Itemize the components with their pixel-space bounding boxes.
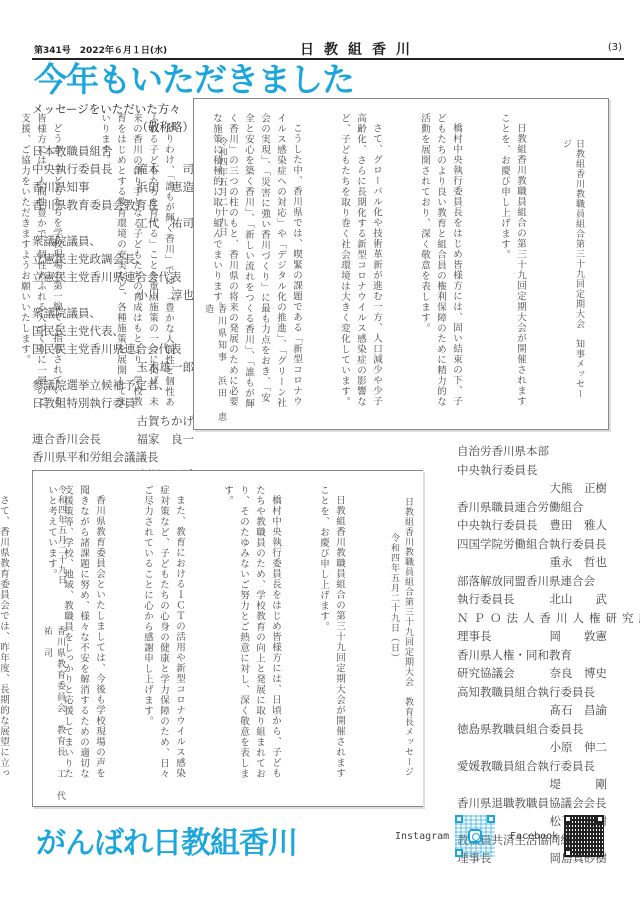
instagram-logo-icon xyxy=(468,829,482,843)
governor-signature: 香川県知事 浜田 恵造 xyxy=(202,304,228,429)
footer-slogan: がんばれ日教組香川 xyxy=(36,818,297,862)
sender-role: 執行委員長 xyxy=(457,590,515,609)
sender-org: 香川県人権・同和教育 xyxy=(457,646,607,665)
governor-message-box: 日教組香川教職員組合第三十九回定期大会 知事メッセージ 日教組香川教職員組合の第… xyxy=(193,98,609,430)
education-message-box: 日教組香川教職員組合第三十九回定期大会 教育長メッセージ 令和四年五月二十九日（… xyxy=(32,470,423,807)
sender-name: 岡 敦憲 xyxy=(550,627,608,646)
sender-name: 奈良 博史 xyxy=(550,664,608,683)
paragraph: 橋村中央執行委員長をはじめ皆様方には、日頃から、子どもたちや教職員のため、学校教… xyxy=(219,485,283,785)
facebook-label: Facebook xyxy=(510,831,558,842)
sender-org: 自治労香川県本部 xyxy=(457,442,607,461)
sender-role: 連合香川会長 xyxy=(32,430,101,448)
paragraph: どうか、子どもたちを学校現場の第一線でご指導されている皆様方には、人間性豊かで、… xyxy=(16,113,64,413)
sender-name: 豊田 雅人 xyxy=(550,516,608,535)
page-header: 第341号 2022年６月１日(水) 日教組香川 (3) xyxy=(32,38,624,60)
sender-role: 研究協議会 xyxy=(457,664,515,683)
paragraph: さて、香川県教育委員会では、昨年度、長期的な展望に立った本県教育の進むべき方向と… xyxy=(0,485,11,785)
education-signature: 香川県教育委員会 教育長 工 代 祐 司 xyxy=(41,626,67,806)
page-number: (3) xyxy=(608,42,622,53)
sender-org: 香川県退職教職員協議会会長 xyxy=(457,794,607,813)
education-message-body: 日教組香川教職員組合の第三十九回定期大会が開催されますことを、お慶び申し上げます… xyxy=(79,485,379,785)
paragraph: さて、グローバル化や技術革新が進む一方、人口減少や少子高齢化、さらに長期化する新… xyxy=(336,113,384,413)
sender-row: 執行委員長北山 武 xyxy=(457,590,607,609)
paragraph: 日教組香川教職員組合の第三十九回定期大会が開催されますことを、お慶び申し上げます… xyxy=(496,113,528,413)
governor-message-title: 日教組香川教職員組合第三十九回定期大会 知事メッセージ xyxy=(560,139,586,399)
sender-role: 理事長 xyxy=(457,627,492,646)
sender-name: 堤 剛 xyxy=(457,775,607,794)
senders-list-right: 自治労香川県本部 中央執行委員長 大熊 正樹 香川県職員連合労働組合 中央執行委… xyxy=(457,442,607,868)
sender-name: 古賀ちかげ xyxy=(32,412,194,430)
sender-name: 重永 哲也 xyxy=(457,553,607,572)
sender-name: 福家 良一 xyxy=(137,430,195,448)
sender-name: 北山 武 xyxy=(550,590,608,609)
paragraph: 橋村中央執行委員長をはじめ皆様方には、固い結束の下、子どもたちのより良い教育と組… xyxy=(416,113,464,413)
sender-org: 高知教職員組合執行委員長 xyxy=(457,683,607,702)
facebook-link[interactable]: Facebook xyxy=(510,815,604,857)
sender-org: 香川県職員連合労働組合 xyxy=(457,498,607,517)
sender-org: 中央執行委員長 xyxy=(457,461,607,480)
sender-org: 香川県平和労組会議議長 xyxy=(32,448,194,466)
headline: 今年もいただきました xyxy=(34,60,354,100)
qr-code-facebook-icon[interactable] xyxy=(564,815,604,857)
instagram-link[interactable]: Instagram xyxy=(395,815,495,857)
sender-name: 大熊 正樹 xyxy=(457,479,607,498)
sender-role: 中央執行委員長 xyxy=(457,516,538,535)
sender-org: 四国学院労働組合執行委員長 xyxy=(457,535,607,554)
paragraph: とりわけ、「誰もが輝く香川」では、「豊かな人間性と個性あふれる子どもたちを育てる… xyxy=(96,113,176,413)
education-message-date: 令和四年五月二十九日 xyxy=(55,485,68,585)
sender-row: 連合香川会長福家 良一 xyxy=(32,430,194,448)
issue-date: 第341号 2022年６月１日(水) xyxy=(34,43,167,56)
governor-message-date: 令和四年五月二十九日 xyxy=(216,137,229,237)
education-message-title: 日教組香川教職員組合第三十九回定期大会 教育長メッセージ xyxy=(402,497,415,787)
sender-org: ＮＰＯ法人香川人権研究所 xyxy=(457,609,607,628)
sender-row: 中央執行委員長豊田 雅人 xyxy=(457,516,607,535)
paper-name: 日教組香川 xyxy=(300,39,420,59)
qr-code-instagram-icon[interactable] xyxy=(455,815,495,857)
paragraph: 日教組香川教職員組合の第三十九回定期大会が開催されますことを、お慶び申し上げます… xyxy=(315,485,347,785)
sender-name: 髙石 昌諭 xyxy=(457,701,607,720)
education-message-date-header: 令和四年五月二十九日（日） xyxy=(388,533,401,663)
instagram-label: Instagram xyxy=(395,831,449,842)
sender-org: 愛媛教職員組合執行委員長 xyxy=(457,757,607,776)
sender-row: 理事長岡 敦憲 xyxy=(457,627,607,646)
governor-message-body: 日教組香川教職員組合の第三十九回定期大会が開催されますことを、お慶び申し上げます… xyxy=(230,113,560,413)
sender-org: 徳島県教職員組合委員長 xyxy=(457,720,607,739)
sender-name: 小原 伸二 xyxy=(457,738,607,757)
paragraph: また、教育におけるＩＣＴの活用や新型コロナウイルス感染症対策など、子どもたちの心… xyxy=(139,485,187,785)
sender-org: 部落解放同盟香川県連合会 xyxy=(457,572,607,591)
sender-row: 研究協議会奈良 博史 xyxy=(457,664,607,683)
